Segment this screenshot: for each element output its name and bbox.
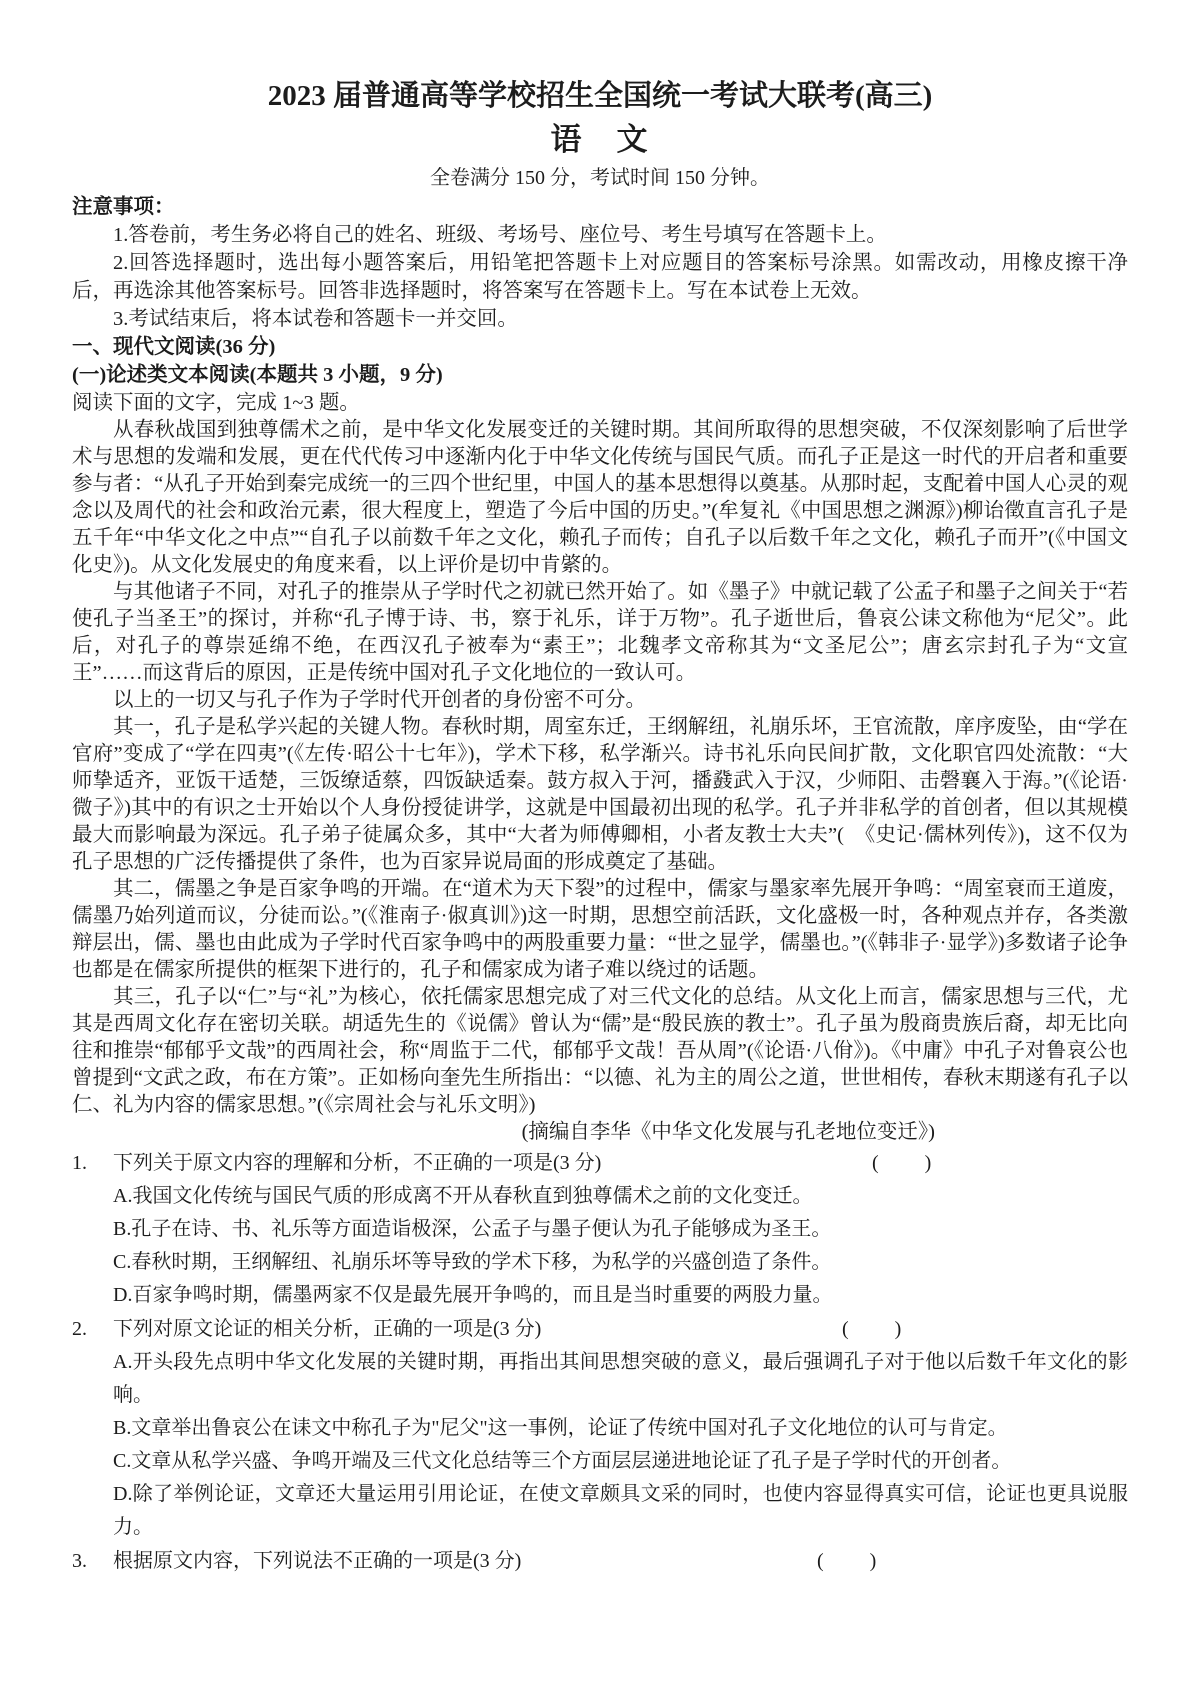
question-1-option-c: C.春秋时期，王纲解纽、礼崩乐坏等导致的学术下移，为私学的兴盛创造了条件。 — [113, 1246, 1128, 1279]
notice-item-2: 2.回答选择题时，选出每小题答案后，用铅笔把答题卡上对应题目的答案标号涂黑。如需… — [72, 249, 1128, 305]
question-1-stem-row: 1. 下列关于原文内容的理解和分析，不正确的一项是(3 分) ( ) — [72, 1147, 1128, 1180]
passage-paragraph-4: 其一，孔子是私学兴起的关键人物。春秋时期，周室东迁，王纲解纽，礼崩乐坏，王官流散… — [72, 714, 1128, 876]
question-number: 3. — [72, 1545, 113, 1578]
question-2-option-b: B.文章举出鲁哀公在诔文中称孔子为"尼父"这一事例，论证了传统中国对孔子文化地位… — [113, 1412, 1128, 1445]
question-2-option-c: C.文章从私学兴盛、争鸣开端及三代文化总结等三个方面层层递进地论证了孔子是子学时… — [113, 1445, 1128, 1478]
passage-paragraph-6: 其三，孔子以“仁”与“礼”为核心，依托儒家思想完成了对三代文化的总结。从文化上而… — [72, 984, 1128, 1119]
question-number: 2. — [72, 1313, 113, 1346]
passage-paragraph-5: 其二，儒墨之争是百家争鸣的开端。在“道术为天下裂”的过程中，儒家与墨家率先展开争… — [72, 876, 1128, 984]
passage-paragraph-1: 从春秋战国到独尊儒术之前，是中华文化发展变迁的关键时期。其间所取得的思想突破，不… — [72, 417, 1128, 579]
question-stem: 下列关于原文内容的理解和分析，不正确的一项是(3 分) — [113, 1147, 1128, 1180]
question-2-option-d: D.除了举例论证，文章还大量运用引用论证，在使文章颇具文采的同时，也使内容显得真… — [113, 1478, 1128, 1544]
exam-paper-page: 2023 届普通高等学校招生全国统一考试大联考(高三) 语 文 全卷满分 150… — [0, 0, 1200, 1699]
question-stem: 下列对原文论证的相关分析，正确的一项是(3 分) — [113, 1313, 1128, 1346]
subsection-heading: (一)论述类文本阅读(本题共 3 小题，9 分) — [72, 361, 1128, 389]
section-heading: 一、现代文阅读(36 分) — [72, 333, 1128, 361]
score-line: 全卷满分 150 分，考试时间 150 分钟。 — [72, 165, 1128, 191]
answer-bracket: ( ) — [842, 1313, 903, 1346]
question-1-option-d: D.百家争鸣时期，儒墨两家不仅是最先展开争鸣的，而且是当时重要的两股力量。 — [113, 1279, 1128, 1312]
passage-attribution: (摘编自李华《中华文化发展与孔老地位变迁》) — [72, 1119, 1128, 1146]
question-stem: 根据原文内容，下列说法不正确的一项是(3 分) — [113, 1545, 1128, 1578]
question-2-stem-row: 2. 下列对原文论证的相关分析，正确的一项是(3 分) ( ) — [72, 1313, 1128, 1346]
notice-label: 注意事项： — [72, 193, 1128, 221]
notice-item-1: 1.答卷前，考生务必将自己的姓名、班级、考场号、座位号、考生号填写在答题卡上。 — [72, 221, 1128, 249]
question-number: 1. — [72, 1147, 113, 1180]
question-1: 1. 下列关于原文内容的理解和分析，不正确的一项是(3 分) ( ) A.我国文… — [72, 1147, 1128, 1312]
answer-bracket: ( ) — [817, 1545, 878, 1578]
exam-subject: 语 文 — [72, 120, 1128, 160]
reading-instruction: 阅读下面的文字，完成 1~3 题。 — [72, 389, 1128, 417]
answer-bracket: ( ) — [872, 1147, 933, 1180]
question-2: 2. 下列对原文论证的相关分析，正确的一项是(3 分) ( ) A.开头段先点明… — [72, 1313, 1128, 1544]
exam-title: 2023 届普通高等学校招生全国统一考试大联考(高三) — [72, 78, 1128, 114]
passage-paragraph-2: 与其他诸子不同，对孔子的推崇从子学时代之初就已然开始了。如《墨子》中就记载了公孟… — [72, 579, 1128, 687]
question-1-option-a: A.我国文化传统与国民气质的形成离不开从春秋直到独尊儒术之前的文化变迁。 — [113, 1180, 1128, 1213]
notice-item-3: 3.考试结束后，将本试卷和答题卡一并交回。 — [72, 305, 1128, 333]
question-2-option-a: A.开头段先点明中华文化发展的关键时期，再指出其间思想突破的意义，最后强调孔子对… — [113, 1346, 1128, 1412]
question-1-option-b: B.孔子在诗、书、礼乐等方面造诣极深，公孟子与墨子便认为孔子能够成为圣王。 — [113, 1213, 1128, 1246]
question-3-stem-row: 3. 根据原文内容，下列说法不正确的一项是(3 分) ( ) — [72, 1545, 1128, 1578]
passage-paragraph-3: 以上的一切又与孔子作为子学时代开创者的身份密不可分。 — [72, 687, 1128, 714]
question-3: 3. 根据原文内容，下列说法不正确的一项是(3 分) ( ) — [72, 1545, 1128, 1578]
